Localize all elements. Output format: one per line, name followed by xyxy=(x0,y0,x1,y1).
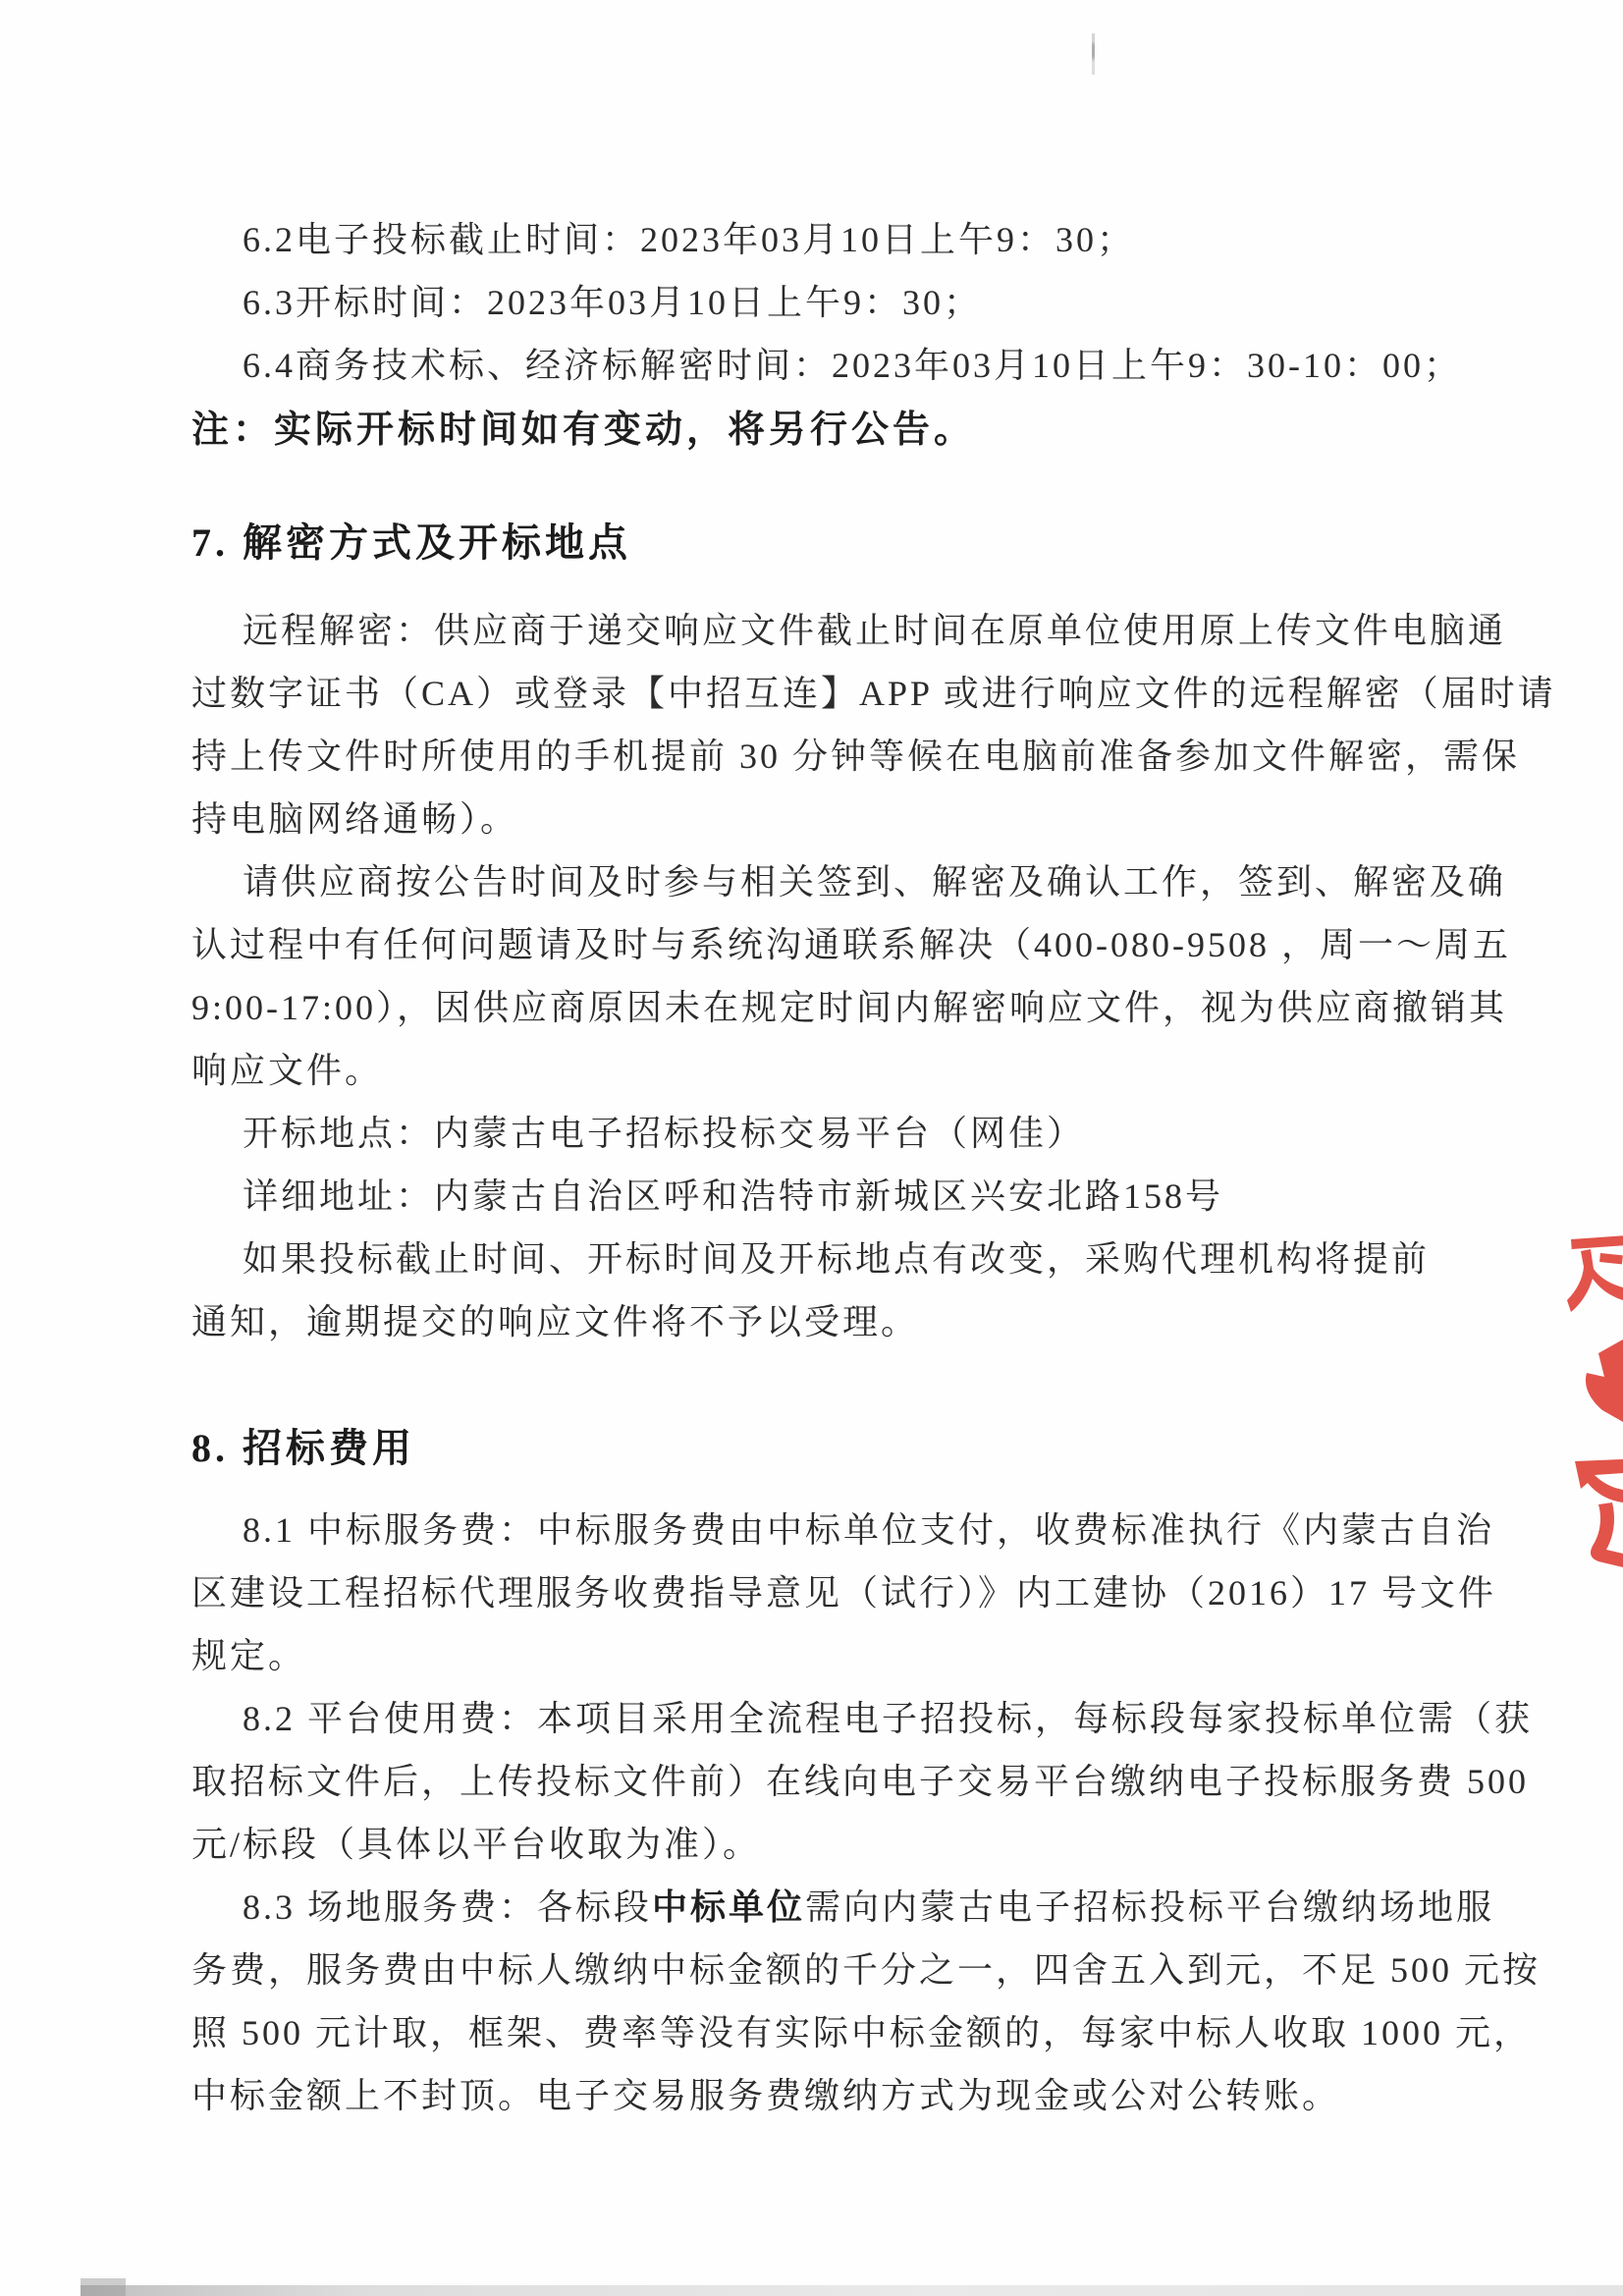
paragraph-8-3: 8.3 场地服务费：各标段中标单位需向内蒙古电子招标投标平台缴纳场地服 务费，服… xyxy=(191,1876,1470,2127)
paragraph-remote-decrypt: 远程解密：供应商于递交响应文件截止时间在原单位使用原上传文件电脑通 过数字证书（… xyxy=(191,599,1470,850)
scan-edge-strip xyxy=(81,2285,1623,2296)
paragraph-line: 通知，逾期提交的响应文件将不予以受理。 xyxy=(191,1290,1470,1353)
paragraph-line: 中标金额上不封顶。电子交易服务费缴纳方式为现金或公对公转账。 xyxy=(191,2064,1470,2127)
section-8-heading: 8. 招标费用 xyxy=(191,1414,1470,1483)
scan-smudge-mark xyxy=(1092,33,1095,75)
paragraph-signin-decrypt: 请供应商按公告时间及时参与相关签到、解密及确认工作，签到、解密及确 认过程中有任… xyxy=(191,850,1470,1102)
bid-opening-location: 开标地点：内蒙古电子招标投标交易平台（网佳） xyxy=(191,1102,1470,1165)
scanned-document-page: 6.2电子投标截止时间：2023年03月10日上午9：30； 6.3开标时间：2… xyxy=(0,0,1623,2296)
paragraph-line: 照 500 元计取，框架、费率等没有实际中标金额的，每家中标人收取 1000 元… xyxy=(191,2001,1470,2064)
paragraph-line: 元/标段（具体以平台收取为准）。 xyxy=(191,1813,1470,1876)
note-line: 注：实际开标时间如有变动，将另行公告。 xyxy=(191,399,1470,462)
paragraph-line: 区建设工程招标代理服务收费指导意见（试行）》内工建协（2016）17 号文件 xyxy=(191,1561,1470,1624)
clause-6-2: 6.2电子投标截止时间：2023年03月10日上午9：30； xyxy=(191,208,1470,271)
paragraph-line: 远程解密：供应商于递交响应文件截止时间在原单位使用原上传文件电脑通 xyxy=(191,599,1470,662)
paragraph-line: 规定。 xyxy=(191,1624,1470,1687)
section-7-heading: 7. 解密方式及开标地点 xyxy=(191,509,1470,577)
red-seal-fragment-bottom xyxy=(1569,1459,1623,1569)
paragraph-line: 8.1 中标服务费：中标服务费由中标单位支付，收费标准执行《内蒙古自治 xyxy=(191,1499,1470,1561)
paragraph-8-1: 8.1 中标服务费：中标服务费由中标单位支付，收费标准执行《内蒙古自治 区建设工… xyxy=(191,1499,1470,1687)
paragraph-line: 务费，服务费由中标人缴纳中标金额的千分之一，四舍五入到元，不足 500 元按 xyxy=(191,1939,1470,2001)
detailed-address: 详细地址：内蒙古自治区呼和浩特市新城区兴安北路158号 xyxy=(191,1165,1470,1228)
clause-6-4: 6.4商务技术标、经济标解密时间：2023年03月10日上午9：30-10：00… xyxy=(191,334,1470,397)
winning-unit-emphasis: 中标单位 xyxy=(652,1887,805,1927)
paragraph-change-notice: 如果投标截止时间、开标时间及开标地点有改变，采购代理机构将提前 通知，逾期提交的… xyxy=(191,1228,1470,1353)
paragraph-line: 8.3 场地服务费：各标段中标单位需向内蒙古电子招标投标平台缴纳场地服 xyxy=(191,1876,1470,1939)
paragraph-line: 如果投标截止时间、开标时间及开标地点有改变，采购代理机构将提前 xyxy=(191,1228,1470,1290)
paragraph-line: 响应文件。 xyxy=(191,1039,1470,1102)
paragraph-line: 取招标文件后，上传投标文件前）在线向电子交易平台缴纳电子投标服务费 500 xyxy=(191,1750,1470,1813)
paragraph-line: 持上传文件时所使用的手机提前 30 分钟等候在电脑前准备参加文件解密，需保 xyxy=(191,725,1470,788)
document-body: 6.2电子投标截止时间：2023年03月10日上午9：30； 6.3开标时间：2… xyxy=(191,208,1470,2127)
paragraph-8-2: 8.2 平台使用费：本项目采用全流程电子招投标，每标段每家投标单位需（获 取招标… xyxy=(191,1687,1470,1876)
paragraph-line: 持电脑网络通畅）。 xyxy=(191,788,1470,850)
paragraph-text: 8.3 场地服务费：各标段 xyxy=(243,1887,652,1927)
paragraph-line: 请供应商按公告时间及时参与相关签到、解密及确认工作，签到、解密及确 xyxy=(191,850,1470,913)
paragraph-line: 认过程中有任何问题请及时与系统沟通联系解决（400-080-9508 ，周一～周… xyxy=(191,913,1470,976)
paragraph-line: 9:00-17:00），因供应商原因未在规定时间内解密响应文件，视为供应商撤销其 xyxy=(191,976,1470,1039)
paragraph-line: 8.2 平台使用费：本项目采用全流程电子招投标，每标段每家投标单位需（获 xyxy=(191,1687,1470,1750)
paragraph-text: 需向内蒙古电子招标投标平台缴纳场地服 xyxy=(805,1887,1494,1927)
paragraph-line: 过数字证书（CA）或登录【中招互连】APP 或进行响应文件的远程解密（届时请 xyxy=(191,662,1470,725)
clause-6-3: 6.3开标时间：2023年03月10日上午9：30； xyxy=(191,271,1470,334)
red-seal-fragment-middle xyxy=(1573,1339,1623,1422)
red-seal-fragment-top xyxy=(1567,1235,1623,1320)
